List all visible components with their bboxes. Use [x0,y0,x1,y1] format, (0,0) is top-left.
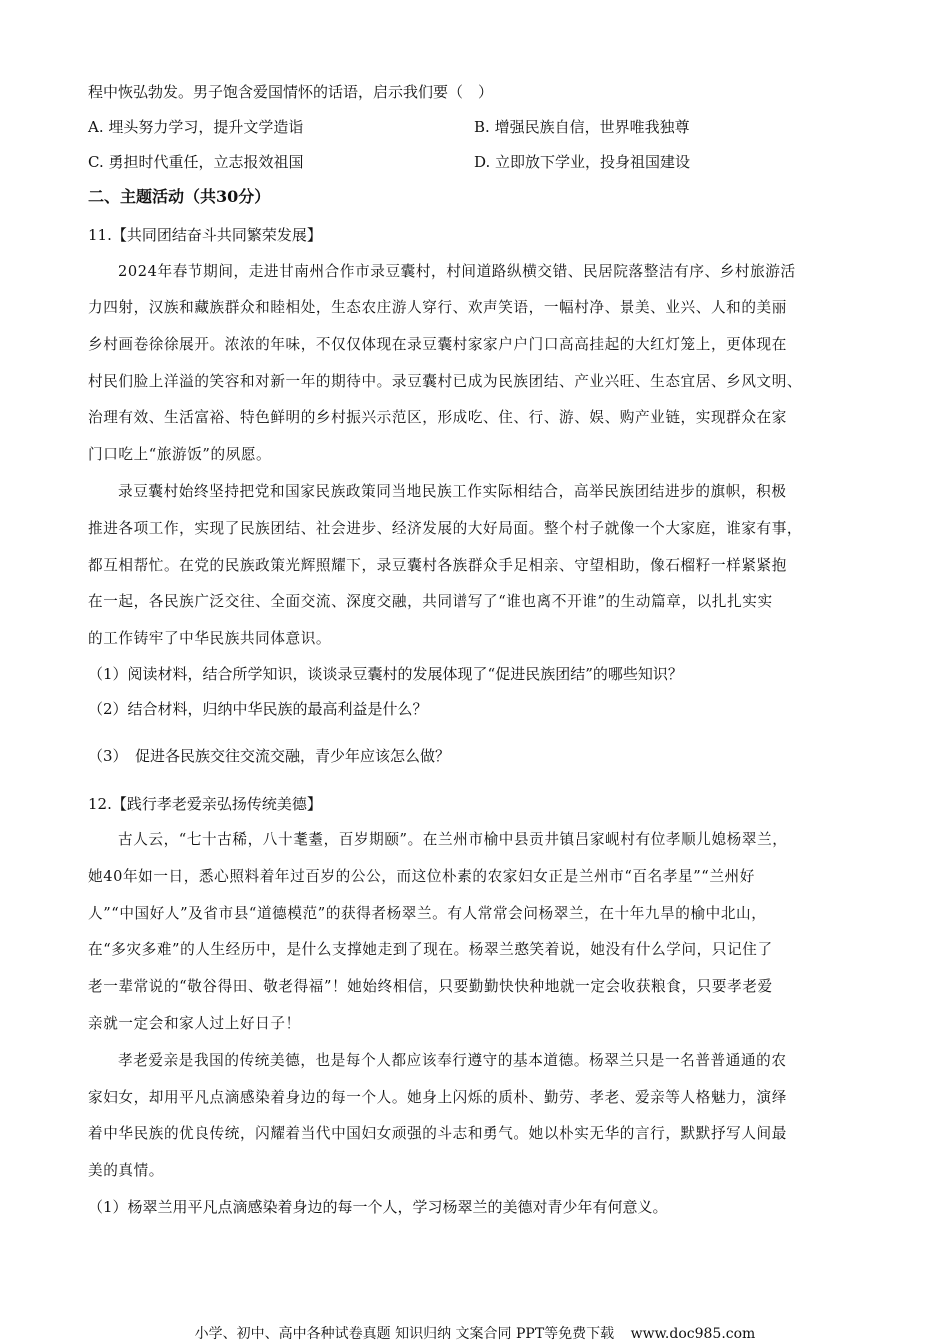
q11-sub-question-1: （1）阅读材料，结合所学知识，谈谈录豆囊村的发展体现了“促进民族团结”的哪些知识… [88,664,683,684]
option-d: D. 立即放下学业，投身祖国建设 [474,152,690,172]
q12-para1-line: 亲就一定会和家人过上好日子！ [88,1012,868,1033]
footer-text: 小学、初中、高中各种试卷真题 知识归纳 文案合同 PPT等免费下载 [195,1326,615,1342]
option-b: B. 增强民族自信，世界唯我独尊 [474,117,690,137]
q12-para1-line: 人”“中国好人”及省市县“道德模范”的获得者杨翠兰。有人常常会问杨翠兰，在十年九… [88,902,868,923]
q11-para1-line: 力四射，汉族和藏族群众和睦相处，生态农庄游人穿行、欢声笑语，一幅村净、景美、业兴… [88,296,868,317]
option-a: A. 埋头努力学习，提升文学造诣 [88,117,303,137]
q12-para2-line: 家妇女，却用平凡点滴感染着身边的每一个人。她身上闪烁的质朴、勤劳、孝老、爱亲等人… [88,1086,868,1107]
question-12-title: 12.【践行孝老爱亲弘扬传统美德】 [88,794,322,814]
q11-sub-question-2: （2）结合材料，归纳中华民族的最高利益是什么？ [88,699,428,719]
option-a-text: 埋头努力学习，提升文学造诣 [108,118,303,136]
q11-para1-line: 乡村画卷徐徐展开。浓浓的年味，不仅仅体现在录豆囊村家家户户门口高高挂起的大红灯笼… [88,333,868,354]
q11-para2-line: 推进各项工作，实现了民族团结、社会进步、经济发展的大好局面。整个村子就像一个大家… [88,517,868,538]
q12-para1-line: 在“多灾多难”的人生经历中，是什么支撑她走到了现在。杨翠兰憨笑着说，她没有什么学… [88,938,868,959]
section-heading: 二、主题活动（共30分） [88,187,270,207]
q12-sub-question-1: （1）杨翠兰用平凡点滴感染着身边的每一个人，学习杨翠兰的美德对青少年有何意义。 [88,1197,668,1217]
option-d-text: 立即放下学业，投身祖国建设 [495,153,690,171]
option-c-label: C. [88,153,104,171]
question-11-title: 11.【共同团结奋斗共同繁荣发展】 [88,225,322,245]
page-footer: 小学、初中、高中各种试卷真题 知识归纳 文案合同 PPT等免费下载 www.do… [0,1323,950,1343]
footer-link[interactable]: www.doc985.com [631,1326,756,1342]
question-10-stem: 程中恢弘勃发。男子饱含爱国情怀的话语，启示我们要（ ） [88,82,493,102]
q11-para1-line: 村民们脸上洋溢的笑容和对新一年的期待中。录豆囊村已成为民族团结、产业兴旺、生态宜… [88,370,868,391]
option-c: C. 勇担时代重任，立志报效祖国 [88,152,304,172]
q11-para1-line: 2024年春节期间，走进甘南州合作市录豆囊村，村间道路纵横交错、民居院落整洁有序… [118,260,898,281]
option-b-text: 增强民族自信，世界唯我独尊 [495,118,690,136]
q11-para1-line: 门口吃上“旅游饭”的夙愿。 [88,443,868,464]
q11-para2-line: 在一起，各民族广泛交往、全面交流、深度交融，共同谱写了“谁也离不开谁”的生动篇章… [88,590,868,611]
option-c-text: 勇担时代重任，立志报效祖国 [109,153,304,171]
q12-para2-line: 着中华民族的优良传统，闪耀着当代中国妇女顽强的斗志和勇气。她以朴实无华的言行，默… [88,1122,868,1143]
option-d-label: D. [474,153,490,171]
option-a-label: A. [88,118,104,136]
q12-para1-line: 老一辈常说的“敬谷得田、敬老得福”！她始终相信，只要勤勤快快种地就一定会收获粮食… [88,975,868,996]
q12-para2-line: 美的真情。 [88,1159,868,1180]
q12-para1-line: 古人云，“七十古稀，八十耄耋，百岁期颐”。在兰州市榆中县贡井镇吕家岘村有位孝顺儿… [118,828,898,849]
q11-para2-line: 的工作铸牢了中华民族共同体意识。 [88,627,868,648]
q11-para2-line: 录豆囊村始终坚持把党和国家民族政策同当地民族工作实际相结合，高举民族团结进步的旗… [118,480,898,501]
q12-para2-line: 孝老爱亲是我国的传统美德，也是每个人都应该奉行遵守的基本道德。杨翠兰只是一名普普… [118,1049,898,1070]
q12-para1-line: 她40年如一日，悉心照料着年过百岁的公公，而这位朴素的农家妇女正是兰州市“百名孝… [88,865,868,886]
q11-sub-question-3: （3） 促进各民族交往交流交融，青少年应该怎么做？ [88,746,450,766]
q11-para1-line: 治理有效、生活富裕、特色鲜明的乡村振兴示范区，形成吃、住、行、游、娱、购产业链，… [88,406,868,427]
option-b-label: B. [474,118,490,136]
q11-para2-line: 都互相帮忙。在党的民族政策光辉照耀下，录豆囊村各族群众手足相亲、守望相助，像石榴… [88,554,868,575]
